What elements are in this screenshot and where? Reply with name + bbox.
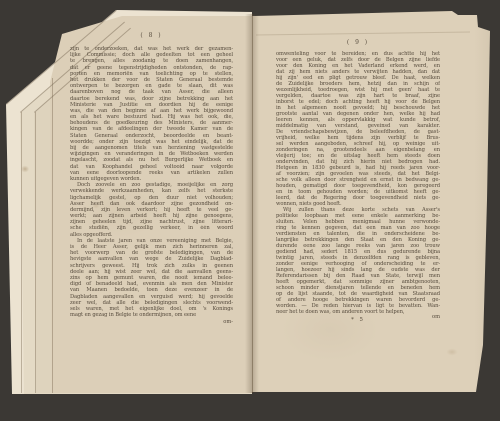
left-page-text-block: zijn te onderzoeken, dat was het werk de… xyxy=(70,46,233,318)
text-line: ligchamelijk gestel, op den duur niet vo… xyxy=(70,195,233,201)
text-line: Dagbladen aangevallen en verguisd werd; … xyxy=(70,294,233,300)
text-line: verwekkende werkzaamheden, kan zelfs het… xyxy=(70,188,233,194)
text-line: Staten Generaal onderzocht, beoordeelde … xyxy=(70,133,233,139)
text-line: dat van Koophandel geheel voltooid naar … xyxy=(70,164,233,170)
text-line: van Maanen bedoelde, toen deze evenzeer … xyxy=(70,287,233,293)
text-line: Ministerie van Justitie en doordien hij … xyxy=(70,102,233,108)
right-page-catchword: om xyxy=(276,314,440,320)
sheet-edge-line xyxy=(35,112,36,393)
text-line: schrijvers geweest. Hij trok zich zulks … xyxy=(70,263,233,269)
left-page-catchword: om- xyxy=(70,319,233,325)
text-line: zeer wel, dat alle die beledigingen slec… xyxy=(70,300,233,306)
text-line: te brengen, alles zoodanig te doen zamen… xyxy=(70,58,233,64)
text-line: hevigste aanvallen van wege de Zuidelijk… xyxy=(70,256,233,262)
sheet-edge-line xyxy=(21,112,22,393)
text-line: ingelascht, zoodat als nu het Burgerlijk… xyxy=(70,157,233,163)
right-page-text-block: omwenteling voor te bereiden; en dus ach… xyxy=(276,51,440,315)
text-line: magt en gezag in Belgie te ondermijnen, … xyxy=(70,312,233,318)
text-line: kingen van de afdeelingen der tweede Kam… xyxy=(70,126,233,132)
center-fold-line xyxy=(252,14,253,393)
left-page-edge-line xyxy=(52,78,53,393)
left-page-number: ( 8 ) xyxy=(70,32,233,39)
book-scan: ( 8 ) ( 9 ) zijn te onderzoeken, dat was… xyxy=(0,0,500,421)
text-line: Asser heeft dan ook daardoor zijne gezon… xyxy=(70,201,233,207)
text-line: daartoe berekend was, door zijne betrekk… xyxy=(70,96,233,102)
text-line: daarenboven nog de taak van Asser, die a… xyxy=(70,89,233,95)
right-page-number: ( 9 ) xyxy=(276,39,440,46)
text-line: sche studiën, zijn gezellig verkeer, in … xyxy=(70,225,233,231)
text-line: dat er geene tegenstrijdigheden ontstond… xyxy=(70,65,233,71)
